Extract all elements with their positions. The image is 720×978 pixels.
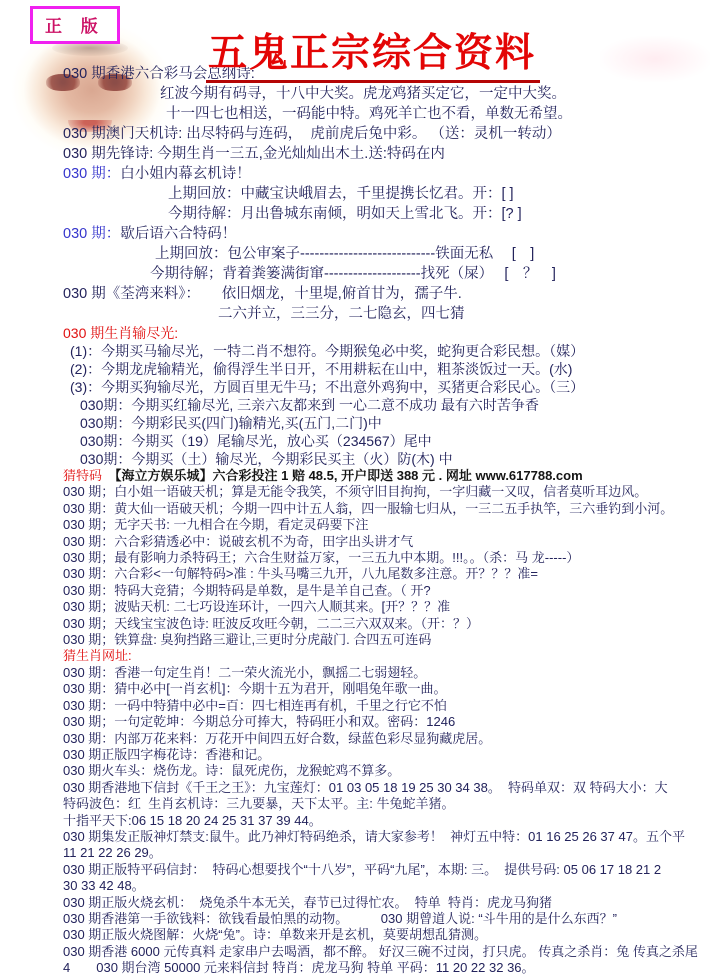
text-segment: 030 期：六合彩猜透必中：说破玄机不为奇，田字出头讲才气 bbox=[63, 534, 413, 549]
text-line: 030 期；波贴天机: 二七巧设连环计，一四六人顺其来。[开？？？准 bbox=[63, 599, 720, 615]
text-line: 猜特码 【海立方娱乐城】六合彩投注 1 赔 48.5, 开户即送 388 元 .… bbox=[63, 468, 720, 484]
text-line: 030 期香港 6000 元传真料 走家串户去喝酒，都不醉。 好汉三碗不过岗，打… bbox=[63, 944, 720, 960]
text-segment: 4 030 期台湾 50000 元来料信封 特肖：虎龙马狗 特单 平码：11 2… bbox=[63, 960, 535, 975]
text-line: 030 期香港第一手欲钱料：欲钱看最怕黑的动物。 030 期曾道人说: “斗牛用… bbox=[63, 911, 720, 927]
text-segment: 030 期《荃湾来料》： 依旧烟龙，十里堤,俯首甘为，孺子牛. bbox=[63, 286, 462, 302]
text-line: 030 期：特码大竞猜；今期特码是单数，是牛是羊自己查。（ 开? bbox=[63, 583, 720, 599]
text-line: 030 期；白小姐一语破天机；算是无能令我笑，不须守旧目拘拘，一字归藏一又叹，信… bbox=[63, 484, 720, 500]
text-line: 今期待解；背着粪篓满街窜--------------------找死（屎） [ … bbox=[150, 264, 720, 284]
text-segment: 030期：今期彩民买(四门)输精光,买(五门,二门)中 bbox=[80, 415, 382, 431]
page-title: 五鬼正宗综合资料 bbox=[206, 22, 540, 83]
text-segment: 030 期：内部万花来料：万花开中间四五好合数，绿蓝色彩尽显狗藏虎居。 bbox=[63, 731, 491, 746]
text-segment: 今期待解：月出鲁城东南倾，明如天上雪北飞。开：[? ] bbox=[168, 206, 522, 222]
text-segment: 030 期：猜中必中[一肖玄机]：今期十五为君开，刚唱兔年歌一曲。 bbox=[63, 681, 447, 696]
text-line: 上期回放：中藏宝诀峨眉去，千里提携长忆君。开：[ ] bbox=[168, 184, 720, 204]
text-segment: 030 期；天线宝宝波色诗: 旺波反攻旺今朝，二二三六双双来。（开：？） bbox=[63, 616, 479, 631]
text-segment: 030 期；铁算盘: 臭狗挡路三避让,三更时分虎敲门. 合四五可连码 bbox=[63, 632, 431, 647]
text-line: 030 期集发正版神灯禁支:鼠牛。此乃神灯特码绝杀，请大家参考！ 神灯五中特：0… bbox=[63, 829, 720, 845]
text-segment: 猜特码 bbox=[63, 468, 102, 483]
text-line: 今期待解：月出鲁城东南倾，明如天上雪北飞。开：[? ] bbox=[168, 204, 720, 224]
text-line: 030 期澳门天机诗: 出尽特码与连码， 虎前虎后兔中彩。 （送：灵机一转动） bbox=[63, 124, 720, 144]
text-segment: 030 期：香港一句定生肖！二一荣火流光小，飘摇二七弱翅轻。 bbox=[63, 665, 426, 680]
text-segment: 030 期；最有影响力杀特码王；六合生财益万家，一三五九中本期。!!!。。（杀：… bbox=[63, 550, 579, 565]
text-line: (1)：今期买马输尽光，一特二肖不想符。今期猴兔必中奖，蛇狗更合彩民想。（媒） bbox=[70, 342, 720, 360]
text-segment: 030 期正版火烧玄机： 烧兔杀牛本无关，春节已过得忙农。 特单 特肖：虎龙马狗… bbox=[63, 895, 552, 910]
lottery-info-page: 正 版 五鬼正宗综合资料 030 期香港六合彩马会总纲诗:红波今期有码寻，十八中… bbox=[0, 0, 720, 978]
text-line: 030 期：白小姐内幕玄机诗！ bbox=[63, 164, 720, 184]
text-line: 030 期；铁算盘: 臭狗挡路三避让,三更时分虎敲门. 合四五可连码 bbox=[63, 632, 720, 648]
text-segment: 030 期香港第一手欲钱料：欲钱看最怕黑的动物。 030 期曾道人说: “斗牛用… bbox=[63, 911, 617, 926]
text-segment: 030 期火车头：烧伤龙。诗：鼠死虎伤，龙猴蛇鸡不算多。 bbox=[63, 763, 400, 778]
text-segment: 歇后语六合特码！ bbox=[120, 226, 236, 242]
text-line: 030 期；无字天书: 一九相合在今期，看定灵码要下注 bbox=[63, 517, 720, 533]
text-line: 030 期正版特平码信封： 特码心想要找个“十八岁”，平码“九尾”，本期: 三。… bbox=[63, 862, 720, 878]
text-line: 030 期生肖输尽光: bbox=[63, 324, 720, 342]
text-segment: 030 期；一句定乾坤：今期总分可捧大，特码旺小和双。密码：1246 bbox=[63, 714, 455, 729]
text-line: (2)：今期龙虎输精光，偷得浮生半日开，不用耕耘在山中，粗茶淡饭过一天。(水) bbox=[70, 360, 720, 378]
text-segment: 030 期正版四字梅花诗：香港和记。 bbox=[63, 747, 270, 762]
text-segment: 030 期香港地下信封《千王之王》：九宝莲灯：01 03 05 18 19 25… bbox=[63, 780, 668, 795]
text-line: 11 21 22 26 29。 bbox=[63, 845, 720, 861]
text-segment: 【海立方娱乐城】六合彩投注 1 赔 48.5, 开户即送 388 元 . 网址 … bbox=[102, 468, 583, 483]
text-segment: 030 期先锋诗: 今期生肖一三五,金光灿灿出木土.送:特码在内 bbox=[63, 146, 445, 162]
text-line: 猜生肖网址: bbox=[63, 648, 720, 664]
text-segment: (3)：今期买狗输尽光，方圆百里无牛马；不出意外鸡狗中，买猪更合彩民心。（三） bbox=[70, 379, 584, 395]
text-segment: 030期：今期买红输尽光, 三亲六友都来到 一心二意不成功 最有六时苦争香 bbox=[80, 397, 539, 413]
text-line: 030 期正版火烧玄机： 烧兔杀牛本无关，春节已过得忙农。 特单 特肖：虎龙马狗… bbox=[63, 895, 720, 911]
text-segment: 今期待解；背着粪篓满街窜--------------------找死（屎） [ … bbox=[150, 266, 556, 282]
text-segment: 二六并立，三三分，二七隐玄，四七猜 bbox=[218, 306, 465, 322]
text-segment: 猜生肖网址: bbox=[63, 648, 132, 663]
text-line: 030 期：六合彩猜透必中：说破玄机不为奇，田字出头讲才气 bbox=[63, 534, 720, 550]
text-line: 030 期；最有影响力杀特码王；六合生财益万家，一三五九中本期。!!!。。（杀：… bbox=[63, 550, 720, 566]
text-line: 030 期；一句定乾坤：今期总分可捧大，特码旺小和双。密码：1246 bbox=[63, 714, 720, 730]
text-segment: 030 期香港 6000 元传真料 走家串户去喝酒，都不醉。 好汉三碗不过岗，打… bbox=[63, 944, 698, 959]
text-segment: 030 期：六合彩<一句解特码>准 : 牛头马嘴三九开，八九尾数多注意。开？？？… bbox=[63, 566, 538, 581]
document-body: 030 期香港六合彩马会总纲诗:红波今期有码寻，十八中大奖。虎龙鸡猪买定它，一定… bbox=[0, 0, 720, 977]
text-segment: 030 期；白小姐一语破天机；算是无能令我笑，不须守旧目拘拘，一字归藏一又叹，信… bbox=[63, 484, 647, 499]
text-line: 十一四七也相送，一码能中特。鸡死羊亡也不看，单数无希望。 bbox=[166, 104, 720, 124]
text-segment: (1)：今期买马输尽光，一特二肖不想符。今期猴兔必中奖，蛇狗更合彩民想。（媒） bbox=[70, 343, 584, 359]
text-line: 030 期：黄大仙一语破天机；今期一四中计五人翁，四一服输七归从，一三二五手执竿… bbox=[63, 501, 720, 517]
text-segment: 030期：今期买（土）输尽光，今期彩民买主（火）防(木) 中 bbox=[80, 451, 453, 467]
text-segment: 白小姐内幕玄机诗！ bbox=[120, 166, 251, 182]
text-segment: 030 期正版火烧图解：火烧“兔”。诗：单数来开是玄机，莫要胡想乱猜测。 bbox=[63, 927, 487, 942]
text-line: 二六并立，三三分，二七隐玄，四七猜 bbox=[218, 304, 720, 324]
text-line: 上期回放：包公审案子----------------------------铁面… bbox=[155, 244, 720, 264]
text-line: 030期：今期买（土）输尽光，今期彩民买主（火）防(木) 中 bbox=[80, 450, 720, 468]
text-line: 特码波色：红 生肖玄机诗：三九要暴，天下太平。主: 牛兔蛇羊猪。 bbox=[63, 796, 720, 812]
text-segment: 上期回放：包公审案子----------------------------铁面… bbox=[155, 246, 534, 262]
text-line: 030 期正版四字梅花诗：香港和记。 bbox=[63, 747, 720, 763]
text-line: 030 期：内部万花来料：万花开中间四五好合数，绿蓝色彩尽显狗藏虎居。 bbox=[63, 731, 720, 747]
text-segment: 030 期：特码大竞猜；今期特码是单数，是牛是羊自己查。（ 开? bbox=[63, 583, 431, 598]
text-line: 030 期；天线宝宝波色诗: 旺波反攻旺今朝，二二三六双双来。（开：？） bbox=[63, 616, 720, 632]
text-segment: (2)：今期龙虎输精光，偷得浮生半日开，不用耕耘在山中，粗茶淡饭过一天。(水) bbox=[70, 361, 572, 377]
text-segment: 030 期；波贴天机: 二七巧设连环计，一四六人顺其来。[开？？？准 bbox=[63, 599, 450, 614]
text-line: (3)：今期买狗输尽光，方圆百里无牛马；不出意外鸡狗中，买猪更合彩民心。（三） bbox=[70, 378, 720, 396]
text-line: 030 期正版火烧图解：火烧“兔”。诗：单数来开是玄机，莫要胡想乱猜测。 bbox=[63, 927, 720, 943]
text-segment: 十一四七也相送，一码能中特。鸡死羊亡也不看，单数无希望。 bbox=[166, 106, 572, 122]
text-segment: 030 期澳门天机诗: 出尽特码与连码， 虎前虎后兔中彩。 （送：灵机一转动） bbox=[63, 126, 561, 142]
text-line: 030期：今期彩民买(四门)输精光,买(五门,二门)中 bbox=[80, 414, 720, 432]
text-line: 030 期《荃湾来料》： 依旧烟龙，十里堤,俯首甘为，孺子牛. bbox=[63, 284, 720, 304]
text-line: 十指平天下:06 15 18 20 24 25 31 37 39 44。 bbox=[63, 813, 720, 829]
text-line: 030 期火车头：烧伤龙。诗：鼠死虎伤，龙猴蛇鸡不算多。 bbox=[63, 763, 720, 779]
text-line: 030 期：六合彩<一句解特码>准 : 牛头马嘴三九开，八九尾数多注意。开？？？… bbox=[63, 566, 720, 582]
text-segment: 030期：今期买（19）尾输尽光，放心买（234567）尾中 bbox=[80, 433, 432, 449]
text-segment: 030 期： bbox=[63, 226, 120, 242]
text-line: 030 期：香港一句定生肖！二一荣火流光小，飘摇二七弱翅轻。 bbox=[63, 665, 720, 681]
text-line: 030 期先锋诗: 今期生肖一三五,金光灿灿出木土.送:特码在内 bbox=[63, 144, 720, 164]
text-segment: 11 21 22 26 29。 bbox=[63, 845, 162, 860]
text-line: 030 期：歇后语六合特码！ bbox=[63, 224, 720, 244]
text-segment: 红波今期有码寻，十八中大奖。虎龙鸡猪买定它，一定中大奖。 bbox=[160, 86, 566, 102]
text-line: 红波今期有码寻，十八中大奖。虎龙鸡猪买定它，一定中大奖。 bbox=[160, 84, 720, 104]
text-line: 4 030 期台湾 50000 元来料信封 特肖：虎龙马狗 特单 平码：11 2… bbox=[63, 960, 720, 976]
text-line: 30 33 42 48。 bbox=[63, 878, 720, 894]
text-line: 030 期香港地下信封《千王之王》：九宝莲灯：01 03 05 18 19 25… bbox=[63, 780, 720, 796]
text-segment: 上期回放：中藏宝诀峨眉去，千里提携长忆君。开：[ ] bbox=[168, 186, 514, 202]
text-segment: 030 期集发正版神灯禁支:鼠牛。此乃神灯特码绝杀，请大家参考！ 神灯五中特：0… bbox=[63, 829, 685, 844]
text-line: 030 期：一码中特猜中必中=百：四七相连再有机，千里之行它不怕 bbox=[63, 698, 720, 714]
text-segment: 030 期：黄大仙一语破天机；今期一四中计五人翁，四一服输七归从，一三二五手执竿… bbox=[63, 501, 673, 516]
text-segment: 特码波色：红 生肖玄机诗：三九要暴，天下太平。主: 牛兔蛇羊猪。 bbox=[63, 796, 454, 811]
text-segment: 30 33 42 48。 bbox=[63, 878, 145, 893]
text-segment: 030 期： bbox=[63, 166, 120, 182]
text-segment: 030 期正版特平码信封： 特码心想要找个“十八岁”，平码“九尾”，本期: 三。… bbox=[63, 862, 661, 877]
text-segment: 030 期；无字天书: 一九相合在今期，看定灵码要下注 bbox=[63, 517, 369, 532]
authentic-badge: 正 版 bbox=[30, 6, 120, 44]
text-line: 030期：今期买（19）尾输尽光，放心买（234567）尾中 bbox=[80, 432, 720, 450]
text-line: 030期：今期买红输尽光, 三亲六友都来到 一心二意不成功 最有六时苦争香 bbox=[80, 396, 720, 414]
text-segment: 030 期：一码中特猜中必中=百：四七相连再有机，千里之行它不怕 bbox=[63, 698, 447, 713]
text-segment: 030 期生肖输尽光: bbox=[63, 325, 178, 341]
text-segment: 十指平天下:06 15 18 20 24 25 31 37 39 44。 bbox=[63, 813, 322, 828]
text-line: 030 期：猜中必中[一肖玄机]：今期十五为君开，刚唱兔年歌一曲。 bbox=[63, 681, 720, 697]
